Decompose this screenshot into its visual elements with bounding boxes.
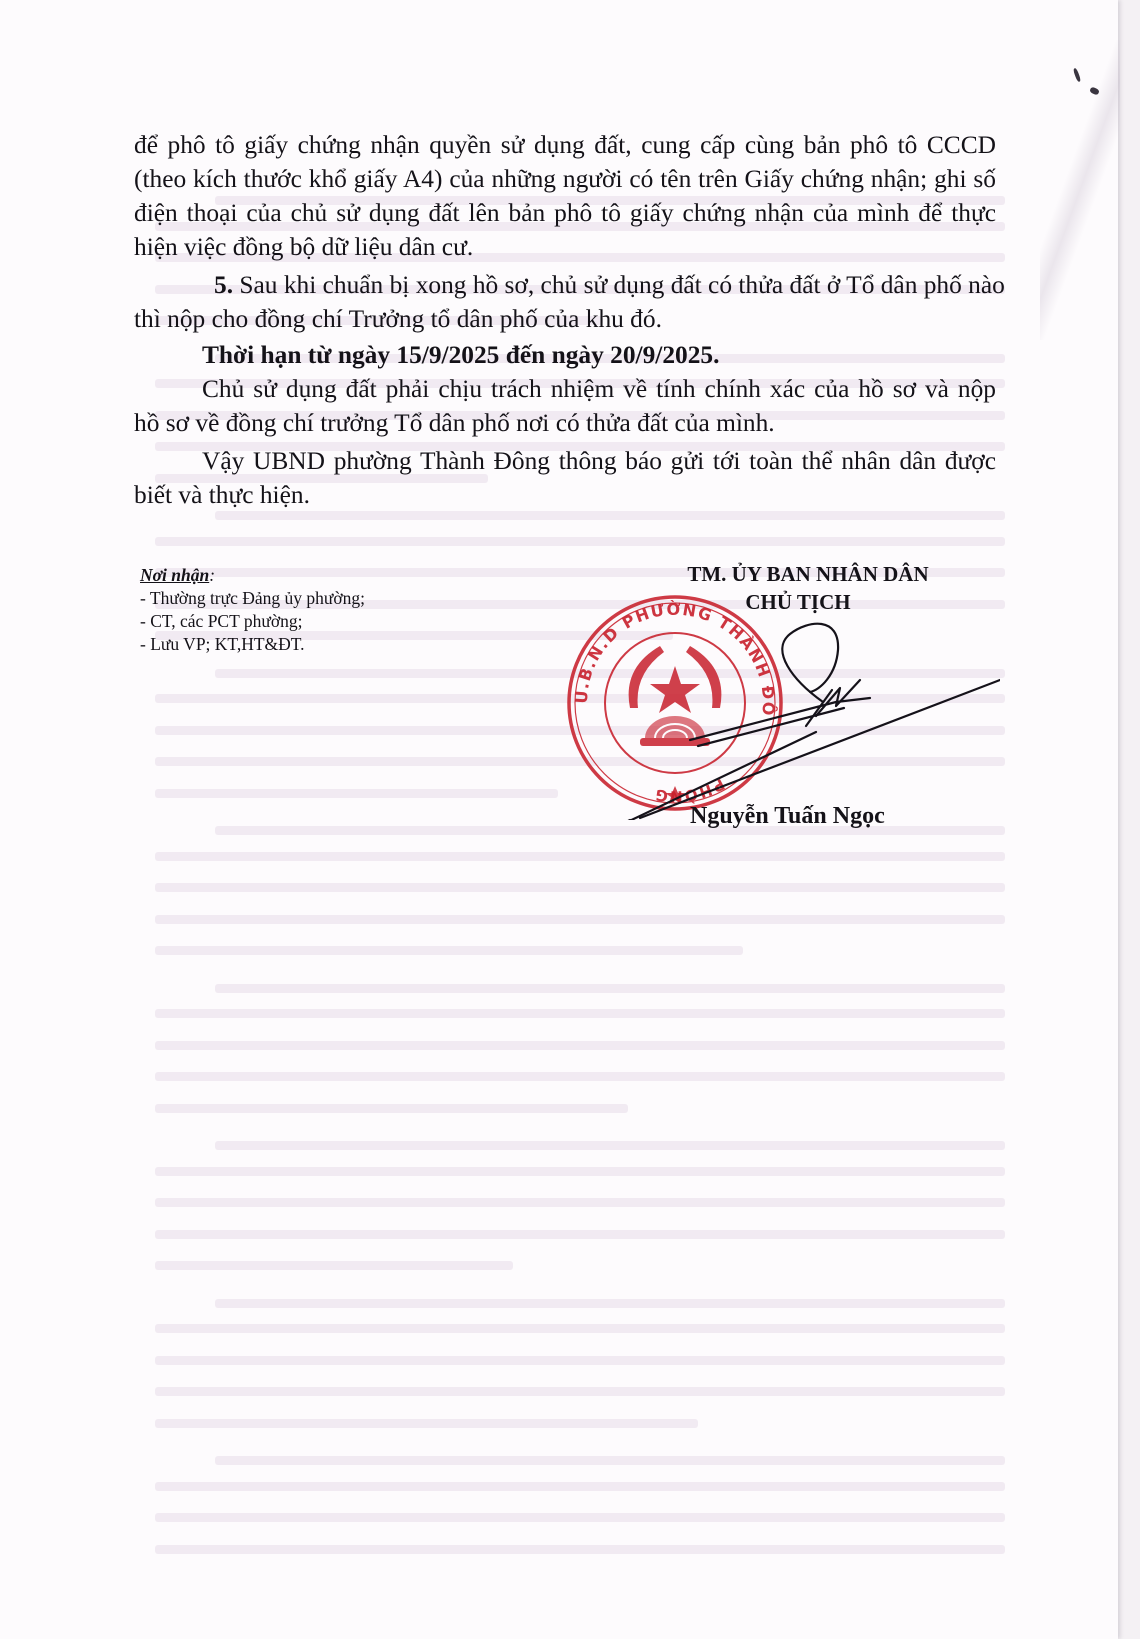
- show-through-line: [155, 852, 1005, 861]
- show-through-line: [155, 946, 743, 955]
- recipients-block: Nơi nhận: - Thường trực Đảng ủy phường; …: [140, 564, 470, 656]
- show-through-line: [155, 883, 1005, 892]
- show-through-line: [155, 1104, 628, 1113]
- paragraph-photocopy-instructions: để phô tô giấy chứng nhận quyền sử dụng …: [134, 128, 996, 264]
- show-through-line: [155, 1041, 1005, 1050]
- deadline: Thời hạn từ ngày 15/9/2025 đến ngày 20/9…: [134, 338, 996, 372]
- recipients-title: Nơi nhận: [140, 565, 209, 585]
- show-through-line: [155, 1167, 1005, 1176]
- show-through-line: [155, 1230, 1005, 1239]
- paragraph-closing: Vậy UBND phường Thành Đông thông báo gửi…: [134, 444, 996, 512]
- show-through-line: [215, 1141, 1005, 1150]
- show-through-line: [155, 915, 1005, 924]
- show-through-line: [215, 511, 1005, 520]
- paper-crease: [1040, 40, 1120, 340]
- show-through-line: [155, 1356, 1005, 1365]
- signature-icon: [540, 620, 1000, 820]
- show-through-line: [215, 984, 1005, 993]
- recipient-item: - Thường trực Đảng ủy phường;: [140, 587, 470, 610]
- item-number: 5.: [214, 271, 233, 299]
- show-through-line: [155, 1545, 1005, 1554]
- show-through-line: [155, 1482, 1005, 1491]
- show-through-line: [155, 789, 558, 798]
- paragraph-responsibility: Chủ sử dụng đất phải chịu trách nhiệm về…: [134, 372, 996, 440]
- show-through-line: [155, 1072, 1005, 1081]
- show-through-line: [155, 537, 1005, 546]
- document-body: để phô tô giấy chứng nhận quyền sử dụng …: [134, 128, 996, 512]
- recipient-item: - Lưu VP; KT,HT&ĐT.: [140, 633, 470, 656]
- show-through-line: [155, 1324, 1005, 1333]
- show-through-line: [155, 1419, 698, 1428]
- show-through-line: [155, 1387, 1005, 1396]
- show-through-line: [215, 1456, 1005, 1465]
- show-through-line: [215, 1299, 1005, 1308]
- show-through-line: [155, 1513, 1005, 1522]
- signer-name: Nguyễn Tuấn Ngọc: [690, 803, 885, 830]
- show-through-line: [155, 1198, 1005, 1207]
- show-through-line: [155, 1261, 513, 1270]
- show-through-line: [215, 826, 1005, 835]
- paragraph-item-5: 5. Sau khi chuẩn bị xong hồ sơ, chủ sử d…: [134, 268, 996, 336]
- show-through-line: [155, 1009, 1005, 1018]
- recipient-item: - CT, các PCT phường;: [140, 610, 470, 633]
- signer-on-behalf: TM. ỦY BAN NHÂN DÂN: [618, 560, 998, 588]
